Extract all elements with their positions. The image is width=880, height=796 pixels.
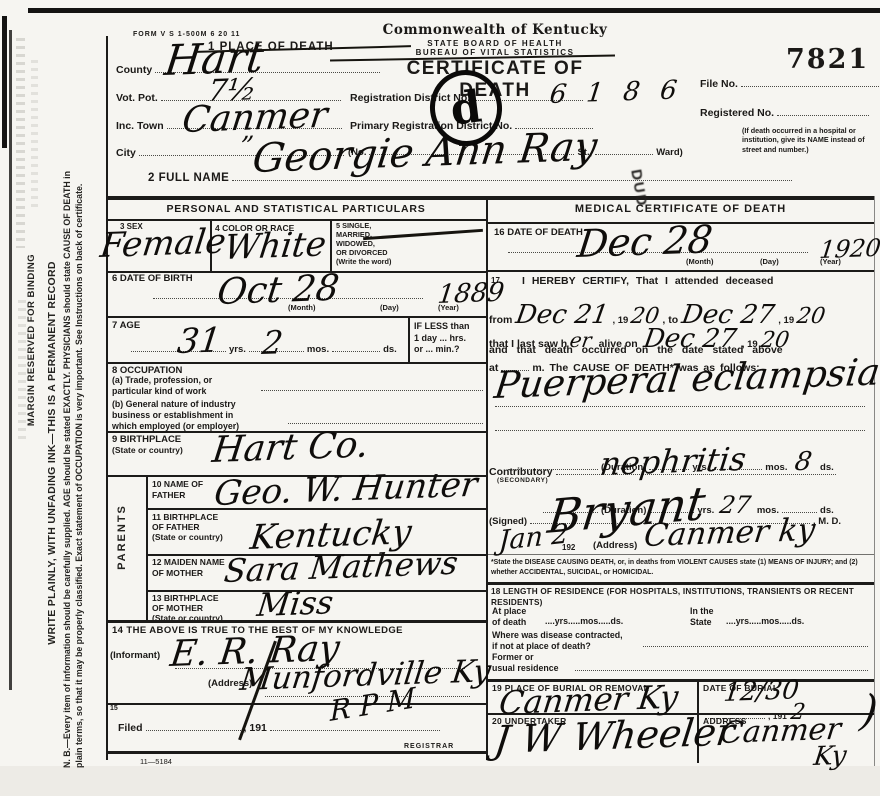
father-name-label: 10 NAME OF FATHER — [152, 479, 203, 500]
ward-label: Ward) — [656, 147, 683, 158]
burial-date-handwritten: 12/30 — [722, 675, 801, 708]
mother-name-handwritten: Sara Mathews — [222, 544, 460, 590]
form-right-border — [874, 196, 875, 766]
signed-address-handwritten: Canmer ky — [642, 512, 817, 554]
rule — [106, 316, 486, 318]
former-residence-label: Former or usual residence — [492, 652, 559, 675]
cell-border — [330, 219, 332, 271]
form-number: 11—5184 — [140, 757, 172, 766]
vot-pot-label: Vot. Pot. — [116, 92, 158, 104]
alive-year-handwritten: 20 — [759, 328, 791, 353]
cause-footnote: *State the DISEASE CAUSING DEATH, or, in… — [491, 558, 869, 578]
signed-date-handwritten: Jan 2 — [498, 518, 569, 557]
cell-border — [146, 475, 148, 620]
dotted-line — [146, 728, 241, 731]
dotted-line — [777, 113, 869, 116]
ds-label: ds. — [820, 505, 834, 516]
faint-margin-stamp-3 — [18, 300, 26, 440]
dotted-line — [495, 428, 865, 431]
from-date-handwritten: Dec 21 — [514, 300, 611, 330]
cell-border — [697, 679, 699, 713]
cause-of-death-handwritten: Puerperal eclampsia — [492, 350, 880, 407]
to-year-handwritten: 20 — [795, 304, 827, 329]
section-divider — [106, 196, 874, 200]
undertaker-handwritten: J W Wheeler — [492, 709, 737, 762]
secondary-label: (SECONDARY) — [497, 477, 548, 484]
scan-edge-left-2 — [9, 30, 12, 690]
ds-label: ds. — [383, 344, 397, 355]
scan-edge-top — [28, 8, 880, 13]
day-label: (Day) — [380, 303, 399, 312]
dotted-line — [261, 388, 483, 391]
rule — [106, 703, 486, 705]
form-left-border — [106, 36, 108, 760]
occurred-line: and that death occurred on the date stat… — [489, 344, 783, 356]
birthplace-sublabel: (State or country) — [112, 445, 183, 455]
margin-note-binding: MARGIN RESERVED FOR BINDING — [26, 175, 37, 505]
sex-handwritten: Female — [98, 221, 228, 266]
contributory-handwritten: nephritis — [598, 440, 748, 483]
file-no-label: File No. — [700, 78, 738, 90]
inc-town-label: Inc. Town — [116, 120, 164, 132]
registered-no-label: Registered No. — [700, 107, 774, 119]
at-place-label: At place of death — [492, 606, 526, 629]
birthplace-label: 9 BIRTHPLACE — [112, 434, 181, 445]
rule — [487, 554, 874, 555]
faint-margin-stamp — [16, 38, 25, 248]
dotted-line — [288, 421, 483, 424]
md-label: , M. D. — [813, 516, 841, 527]
full-name-label: 2 FULL NAME — [148, 172, 229, 184]
dotted-line — [741, 84, 880, 87]
file-number-value: 7821 — [786, 44, 869, 75]
dotted-line — [332, 349, 380, 352]
registrar-label: REGISTRAR — [404, 743, 454, 750]
residence-label: 18 LENGTH OF RESIDENCE (FOR HOSPITALS, I… — [491, 586, 863, 608]
death-certificate-scan: MARGIN RESERVED FOR BINDING WRITE PLAINL… — [0, 0, 880, 796]
scan-bottom-band — [0, 766, 880, 796]
filed-year-printed: , 191 — [244, 722, 267, 734]
age-months-handwritten: 2 — [260, 323, 285, 362]
contracted-label: Where was disease contracted, if not at … — [492, 630, 623, 653]
registration-district-handwritten: 6 1 8 6 — [548, 75, 685, 110]
rule — [106, 362, 486, 364]
parents-vertical-label: PARENTS — [116, 482, 128, 592]
rule-thick — [487, 582, 874, 585]
mother-birthplace-label: 13 BIRTHPLACE OF MOTHER (State or countr… — [152, 593, 223, 624]
her-handwritten: er — [568, 328, 593, 352]
medical-section-title: MEDICAL CERTIFICATE OF DEATH — [488, 203, 873, 215]
mother-name-label: 12 MAIDEN NAME OF MOTHER — [152, 557, 225, 578]
dotted-line — [270, 728, 440, 731]
undertaker-address-state-handwritten: Ky — [812, 741, 848, 772]
certify-line: I HEREBY CERTIFY, That I attended deceas… — [522, 275, 773, 287]
personal-section-title: PERSONAL AND STATISTICAL PARTICULARS — [106, 203, 486, 215]
informant-label: (Informant) — [110, 650, 160, 661]
day-label: (Day) — [760, 257, 779, 266]
closing-bracket-handwritten: ) — [858, 685, 880, 735]
alive-date-handwritten: Dec 27 — [641, 324, 738, 354]
city-label: City — [116, 147, 136, 159]
dotted-line — [595, 152, 653, 155]
dob-handwritten: Oct 28 — [215, 268, 341, 313]
race-handwritten: White — [222, 224, 328, 268]
date-of-death-handwritten: Dec 28 — [575, 217, 715, 266]
date-of-death-label: 16 DATE OF DEATH — [494, 227, 583, 238]
dob-label: 6 DATE OF BIRTH — [112, 273, 193, 284]
dotted-line — [643, 644, 868, 647]
scan-edge-left-1 — [2, 16, 7, 148]
age-years-handwritten: 31 — [175, 320, 223, 362]
hospital-note: (If death occurred in a hospital or inst… — [742, 126, 875, 154]
commonwealth-title: Commonwealth of Kentucky — [375, 22, 615, 38]
marital-label: 5 SINGLE, MARRIED, WIDOWED, OR DIVORCED … — [336, 221, 391, 267]
birthplace-handwritten: Hart Co. — [210, 424, 371, 471]
mother-birthplace-handwritten: Miss — [255, 583, 335, 624]
signed-address-label: (Address) — [593, 540, 637, 551]
dob-year-handwritten: 1889 — [436, 278, 506, 310]
item-15: 15 — [110, 705, 118, 712]
margin-note-permanent-record: WRITE PLAINLY, WITH UNFADING INK—THIS IS… — [46, 188, 58, 718]
rule-thick — [106, 751, 486, 754]
in-state-units: ....yrs.....mos.....ds. — [726, 616, 804, 626]
cell-border — [408, 316, 410, 362]
filed-label: Filed — [118, 722, 143, 734]
father-name-handwritten: Geo. W. Hunter — [212, 465, 480, 514]
in-state-label: In the State — [690, 606, 713, 629]
date-of-death-year-handwritten: 1920 — [818, 234, 880, 264]
occupation-a-label: (a) Trade, profession, or particular kin… — [112, 375, 212, 397]
margin-note-nb: N. B.—Every item of information should b… — [62, 168, 86, 768]
at-place-units: ....yrs.....mos.....ds. — [545, 616, 623, 626]
yrs-label: yrs. — [229, 344, 246, 355]
county-label: County — [116, 64, 152, 76]
father-birthplace-label: 11 BIRTHPLACE OF FATHER (State or countr… — [152, 512, 223, 543]
mos-label: mos. — [307, 344, 329, 355]
dotted-line — [575, 668, 868, 671]
rule — [106, 219, 486, 221]
rule — [487, 270, 874, 272]
occupation-b-label: (b) General nature of industry business … — [112, 399, 239, 432]
if-less-note: IF LESS than 1 day ... hrs. or ... min.? — [414, 321, 470, 356]
age-label: 7 AGE — [112, 320, 140, 331]
district-stamp-letter: d — [448, 81, 485, 135]
